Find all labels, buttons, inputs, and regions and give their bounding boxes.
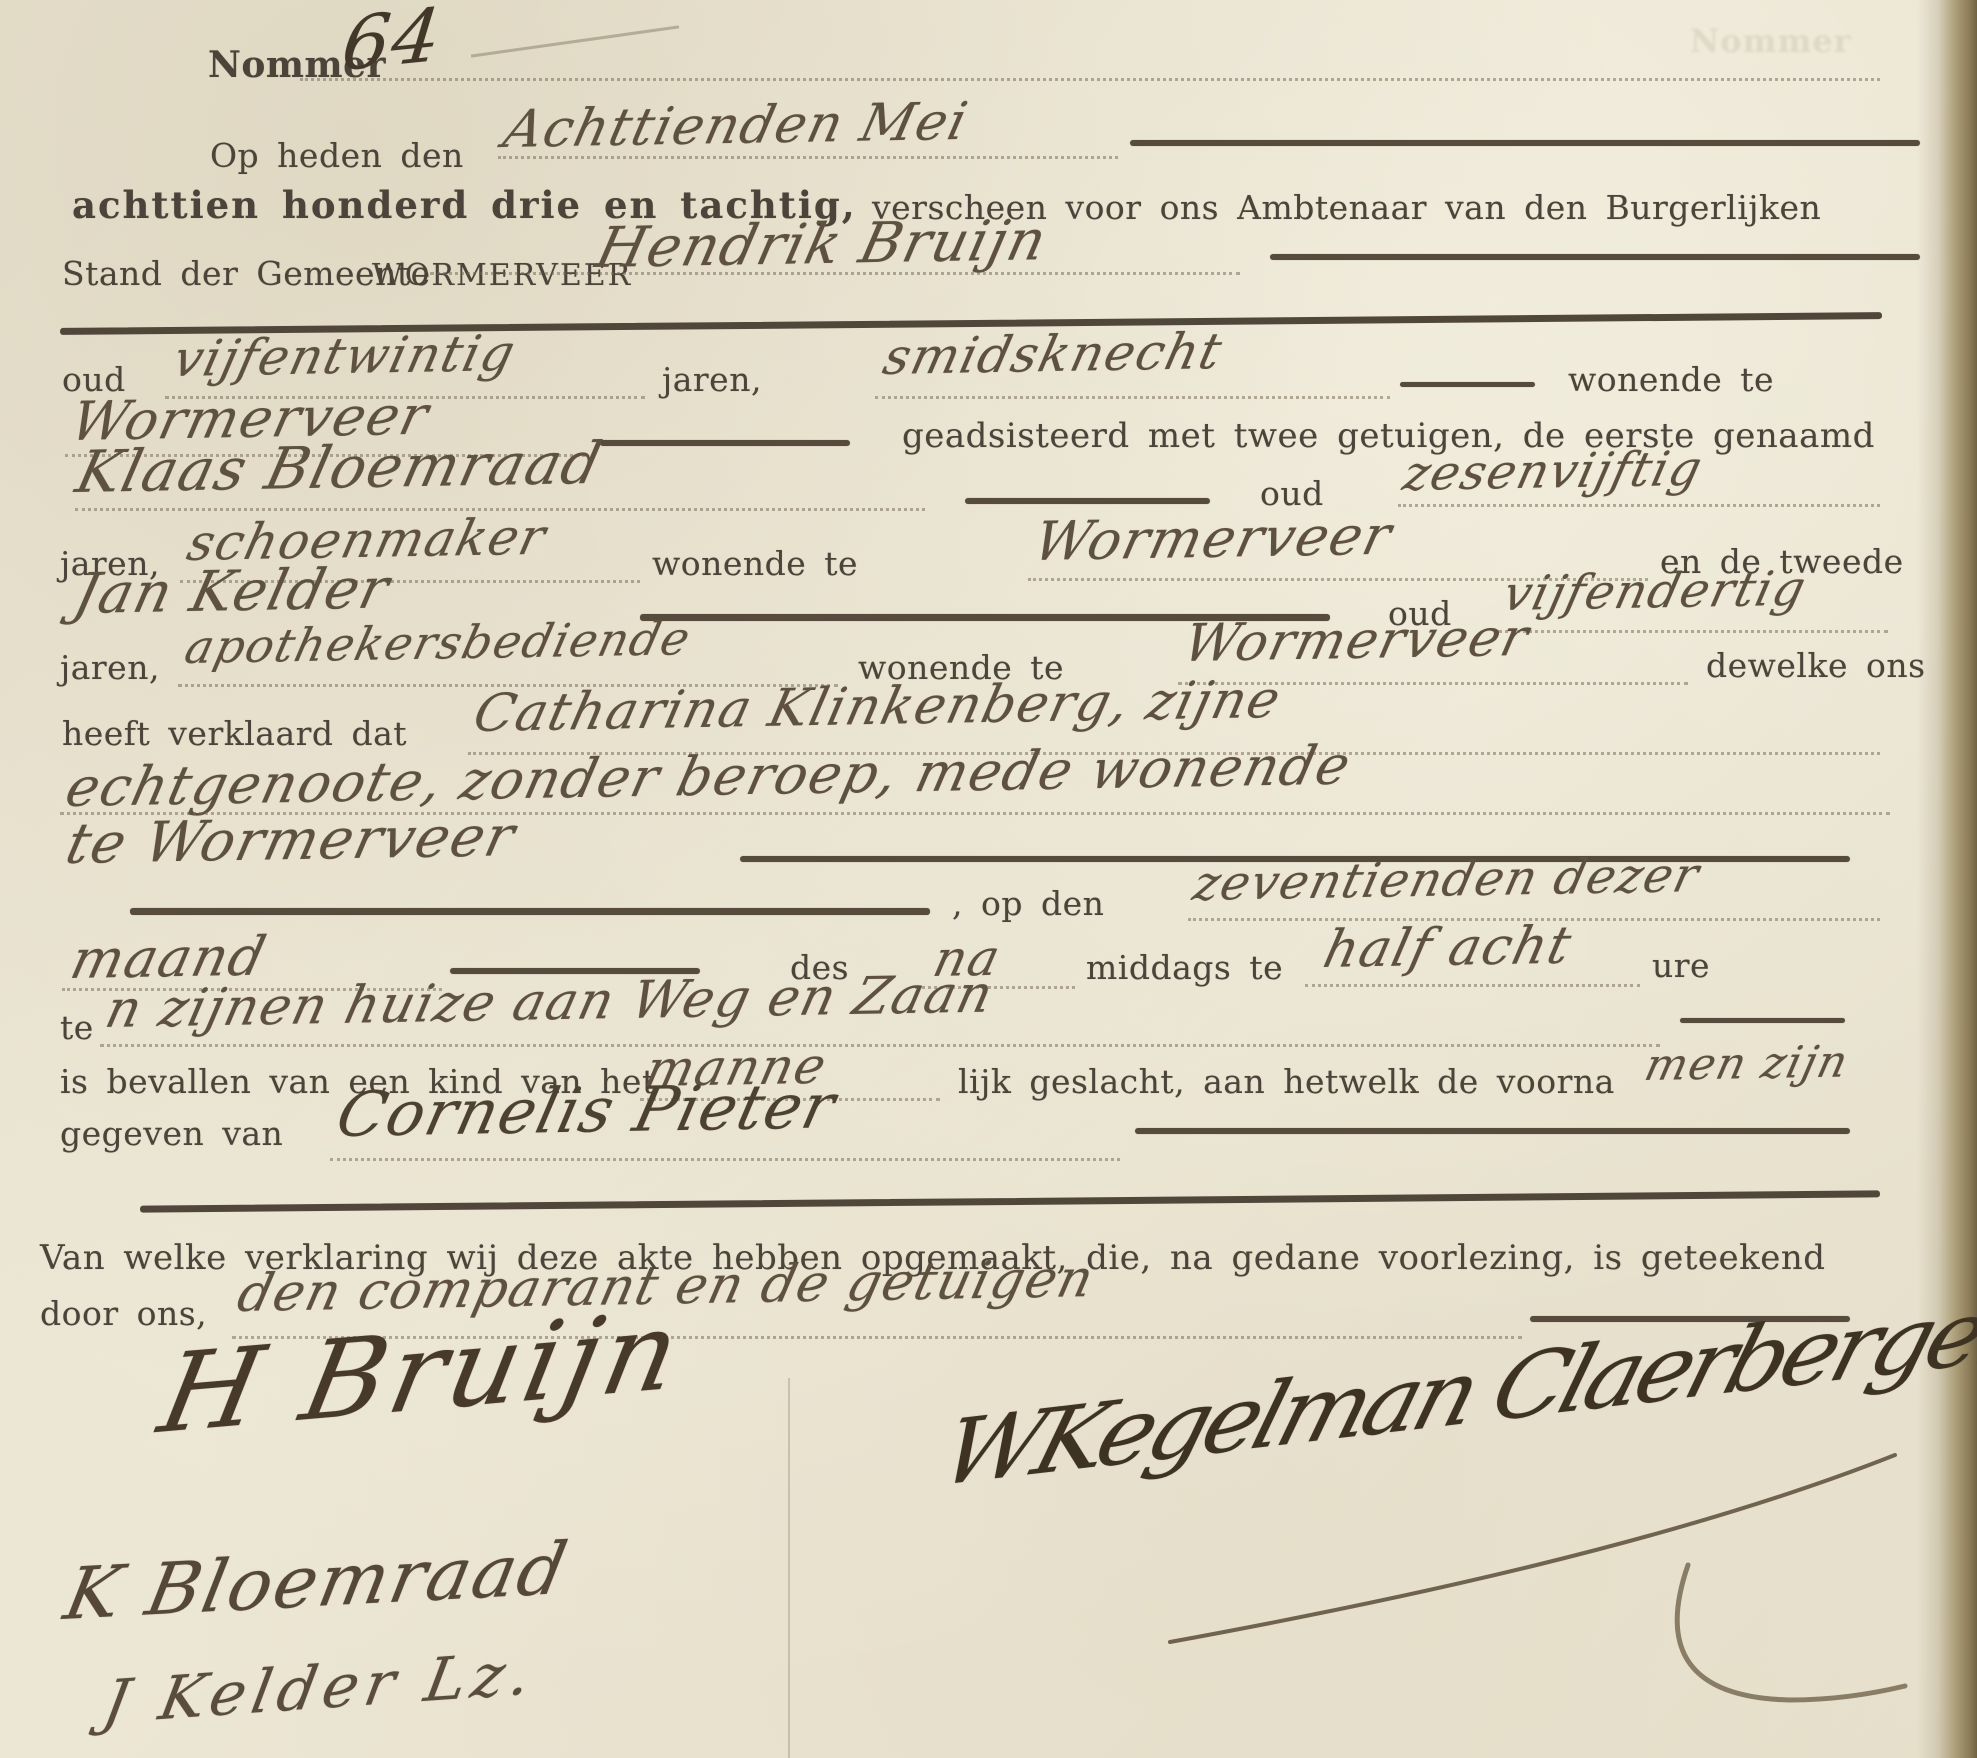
fill-in-dotted-line [1498,630,1888,633]
printed-wonende-te: wonende te [1568,360,1774,399]
printed-door-ons: door ons, [40,1294,207,1333]
handwritten-witness1-residence: Wormerveer [1028,504,1398,573]
fill-in-dotted-line [1398,504,1880,507]
fill-in-dotted-line [1305,984,1640,987]
handwritten-witness2-age: vijfendertig [1498,561,1812,622]
paper-fold-line [788,1378,790,1758]
handwritten-witness2-residence: Wormerveer [1178,608,1535,674]
pencil-flourish [471,25,679,57]
handwritten-men-zijn: men zijn [1640,1036,1854,1091]
printed-wonende-te: wonende te [652,544,858,583]
ink-dash [130,908,930,915]
ink-dash [965,498,1210,504]
bleedthrough-ghost-text: Nommer [1690,22,1852,60]
fill-in-dotted-line [330,1158,1120,1161]
act-number-value: 64 [338,0,446,88]
printed-ure: ure [1652,946,1710,985]
signature-declarant: H Bruijn [150,1286,693,1458]
handwritten-witness1-name: Klaas Bloemraad [70,429,609,506]
handwritten-declarant-age: vijfentwintig [168,324,522,388]
ink-dash [1135,1128,1850,1134]
ink-dash [1400,382,1535,387]
fill-in-dotted-line [100,1044,1660,1047]
handwritten-child-names: Cornelis Pieter [330,1069,843,1151]
printed-middags-te: middags te [1086,948,1283,987]
printed-op-den: , op den [952,884,1104,923]
ink-dash [1680,1018,1845,1023]
ink-dash [1270,254,1920,260]
printed-geslacht: lijk geslacht, aan hetwelk de voorna [958,1062,1615,1101]
signature-witness1: K Bloemraad [58,1526,576,1636]
handwritten-witness2-occupation: apothekersbediende [180,611,697,674]
printed-jaren: jaren, [662,360,762,399]
printed-gegeven-van: gegeven van [60,1114,283,1153]
printed-declaration-intro: heeft verklaard dat [62,714,407,753]
fill-in-dotted-line [300,78,1880,81]
handwritten-birth-hour: half acht [1318,916,1578,980]
printed-te: te [60,1008,94,1047]
ink-dash [600,440,850,446]
handwritten-date: Achttienden Mei [498,92,974,160]
handwritten-declarant-name: Hendrik Bruijn [590,208,1054,281]
handwritten-witness1-age: zesenvijftig [1398,441,1708,502]
fill-in-dotted-line [498,156,1118,159]
printed-jaren: jaren, [60,648,160,687]
printed-dewelke-ons: dewelke ons [1706,646,1926,685]
handwritten-birth-day: zeventienden dezer [1188,847,1705,912]
ink-ruled-line [140,1190,1880,1212]
birth-certificate-scan: Nommer Nommer 64 Op heden den Achttiende… [0,0,1977,1758]
signature-witness2: J Kelder Lz. [98,1639,542,1738]
fill-in-dotted-line [430,272,1240,275]
printed-witness-intro: geadsisteerd met twee getuigen, de eerst… [902,416,1875,456]
handwritten-mother-name: Catharina Klinkenberg, zijne [468,670,1287,744]
fill-in-dotted-line [875,396,1390,399]
handwritten-declarant-occupation: smidsknecht [878,322,1228,386]
handwritten-mother-residence: te Wormerveer [60,804,522,877]
page-edge-band [1917,0,1977,1758]
ink-dash [1130,140,1920,146]
printed-date-intro: Op heden den [210,136,464,175]
